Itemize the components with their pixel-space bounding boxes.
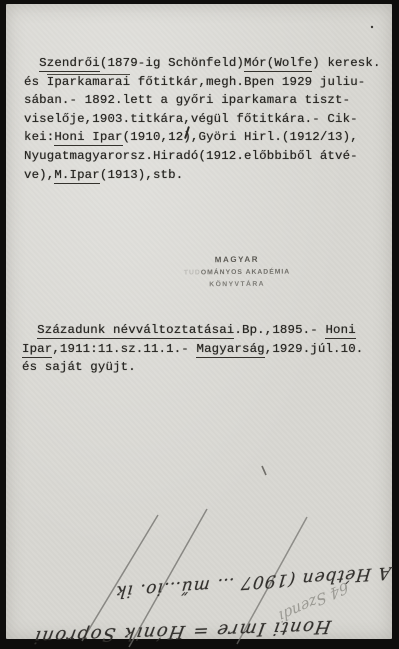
pencil-diagonal-line-2: [129, 509, 207, 647]
pencil-diagonal-line-1: [82, 515, 158, 641]
pencil-tick-mark: [262, 466, 266, 475]
scan-black-border: Szendrői(1879-ig Schönfeld)Mór(Wolfe) ke…: [0, 0, 399, 649]
pencil-diagonal-line-3: [237, 517, 307, 644]
ink-speck: [371, 26, 373, 28]
pencil-marks-overlay: [0, 0, 399, 649]
